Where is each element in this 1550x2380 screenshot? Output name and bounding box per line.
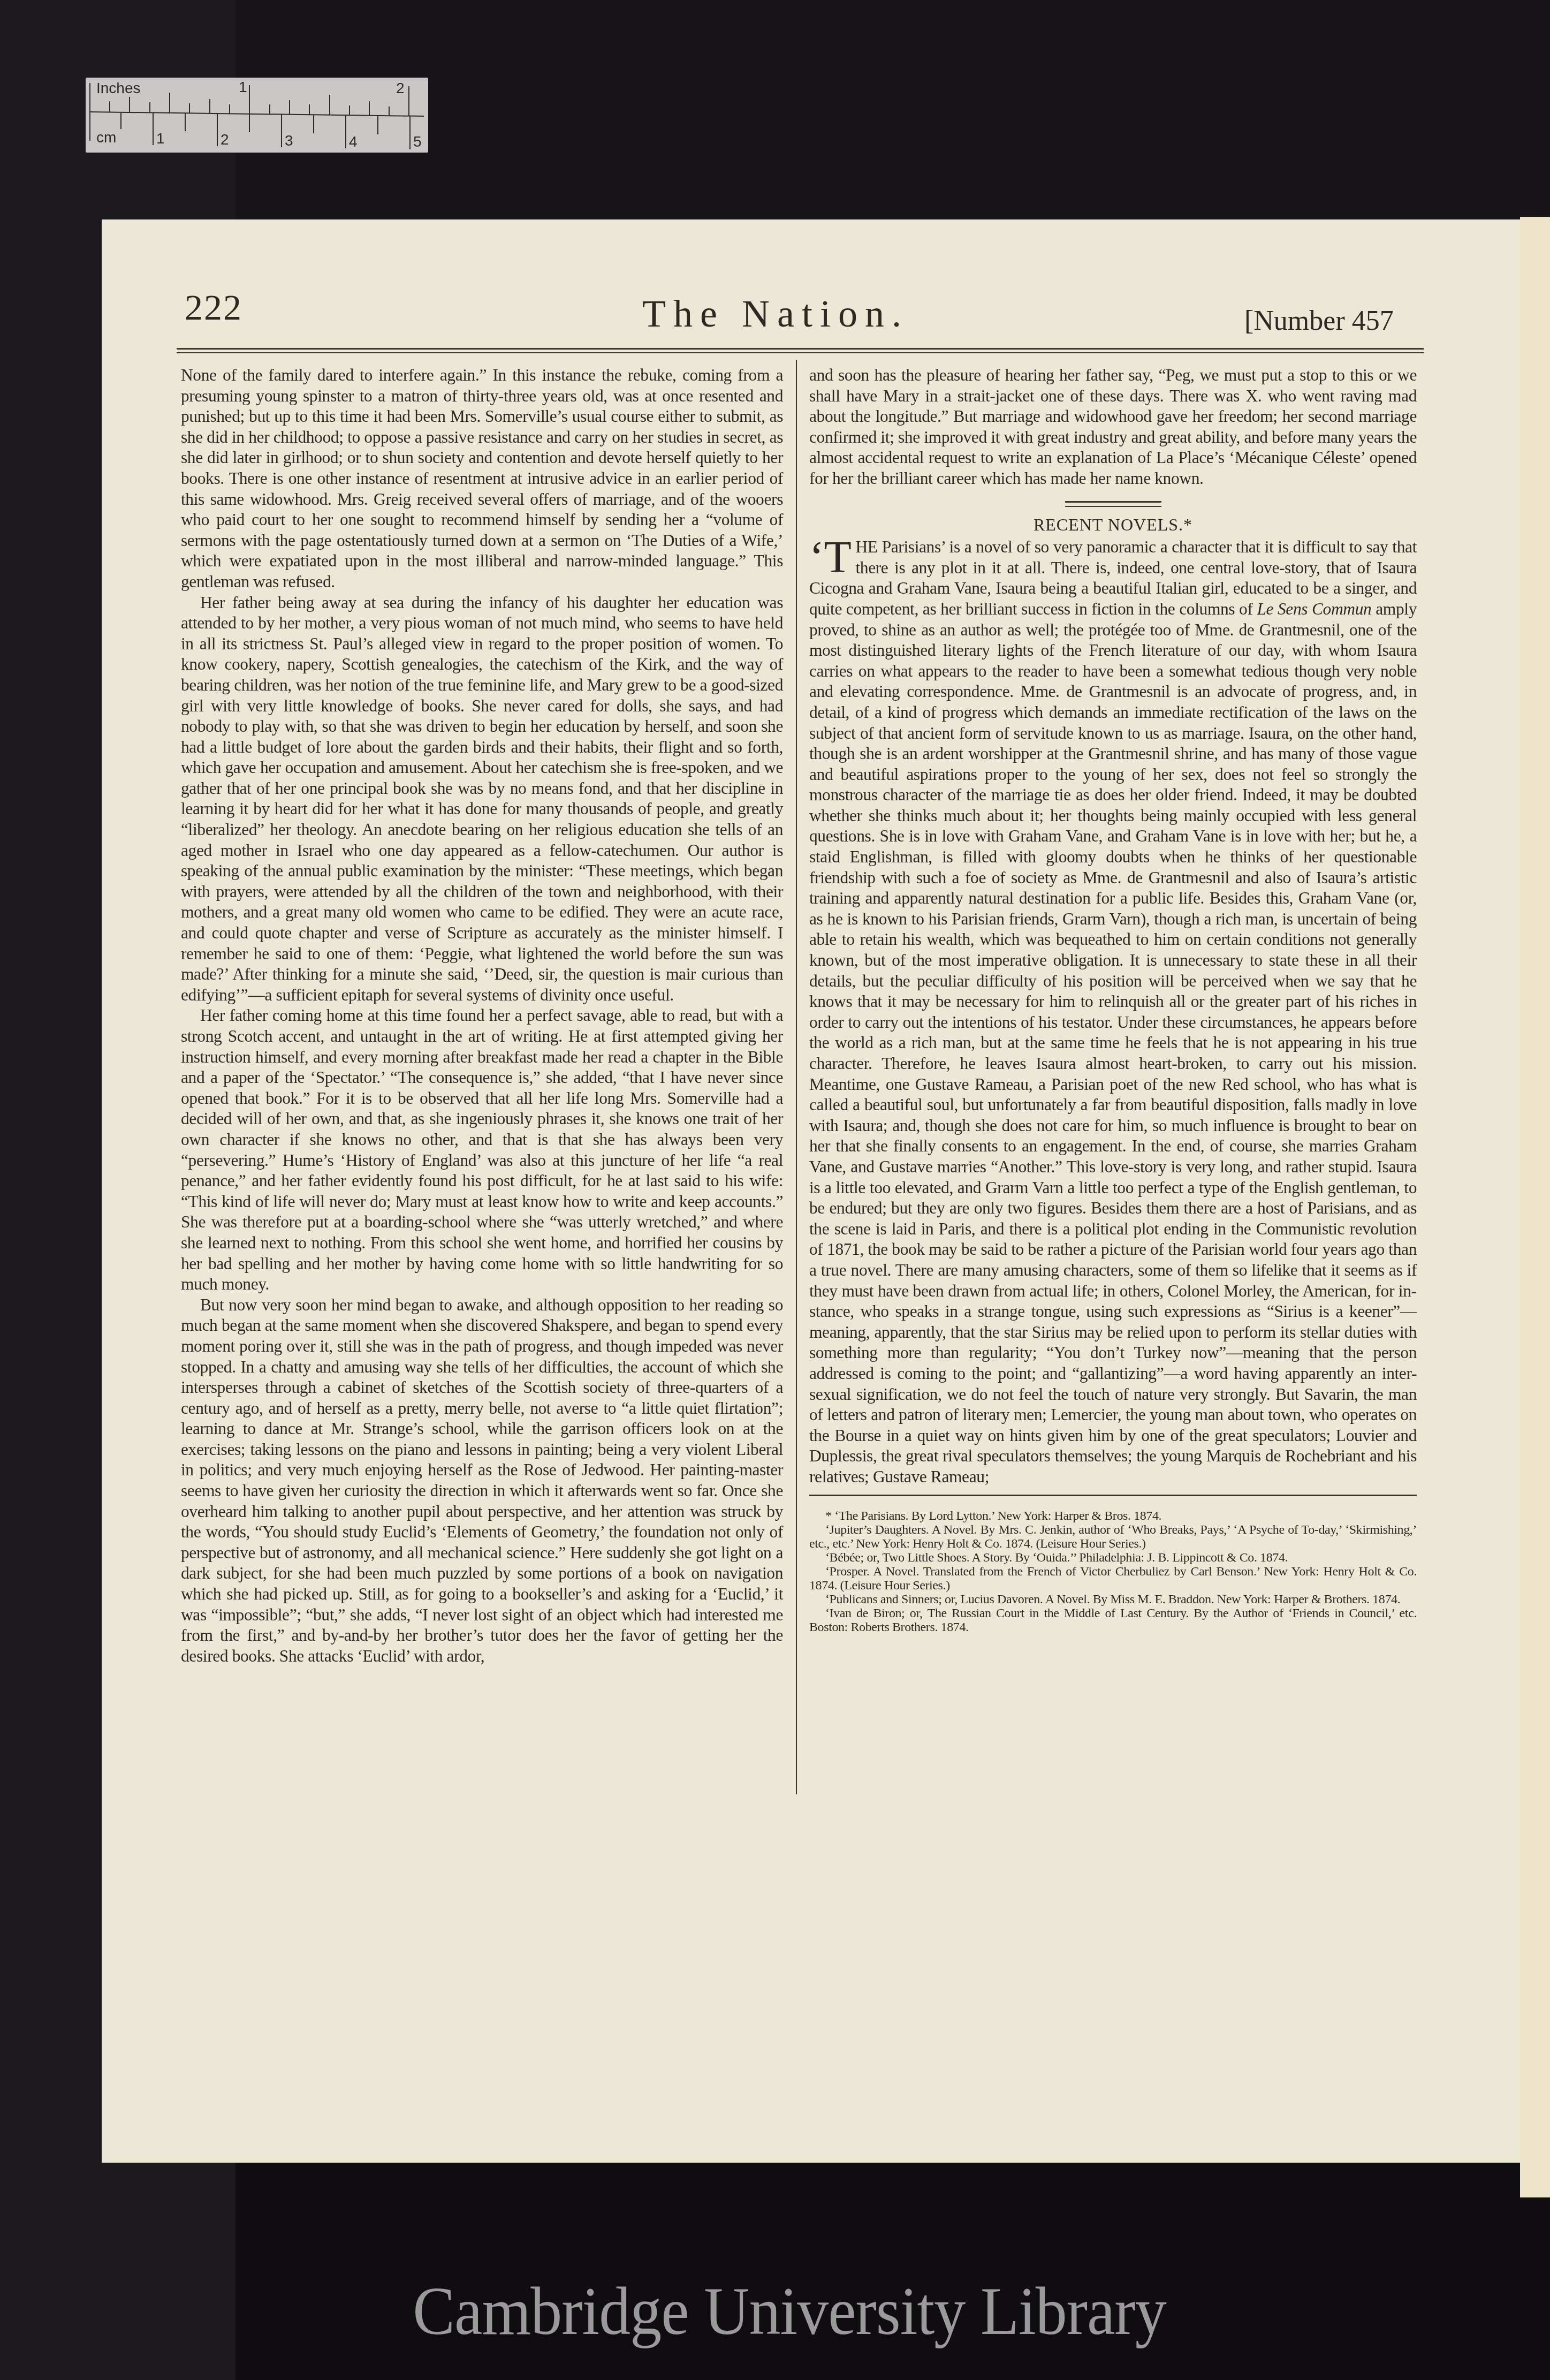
section-heading: RECENT NOVELS.*	[809, 514, 1417, 535]
library-watermark: Cambridge University Library	[321, 2272, 1258, 2351]
column-divider	[796, 360, 797, 1794]
footnote-rule	[809, 1495, 1417, 1496]
review-paragraph: ‘THE Parisians’ is a novel of so very pa…	[809, 537, 1417, 1487]
article-paragraph: Her father coming home at this time foun…	[181, 1005, 783, 1294]
drop-cap: ‘T	[809, 539, 855, 577]
footnote-entry: ‘Jupiter’s Daughters. A Novel. By Mrs. C…	[809, 1523, 1417, 1551]
ruler-cm-label: cm	[96, 129, 116, 146]
header-double-rule	[177, 348, 1424, 353]
measurement-ruler: Inches 1 2 cm 1 2 3 4 5	[86, 78, 428, 153]
ruler-inch-mark: 1	[239, 79, 247, 96]
ruler-cm-mark: 5	[413, 133, 422, 150]
ruler-inch-mark: 2	[396, 80, 405, 97]
right-column: and soon has the pleasure of hearing her…	[809, 365, 1417, 1634]
article-paragraph: None of the family dared to interfere ag…	[181, 365, 783, 593]
left-column: None of the family dared to interfere ag…	[181, 365, 783, 1666]
footnote-entry: ‘Prosper. A Novel. Translated from the F…	[809, 1565, 1417, 1593]
section-double-rule	[1065, 501, 1161, 507]
ruler-cm-mark: 4	[349, 133, 358, 150]
masthead-title: The Nation.	[642, 292, 909, 336]
article-paragraph: Her father being away at sea during the …	[181, 593, 783, 1006]
ruler-cm-mark: 1	[156, 130, 165, 147]
ruler-cm-mark: 3	[285, 132, 293, 149]
adjacent-page-edge	[1520, 217, 1550, 2197]
article-paragraph: But now very soon her mind began to awak…	[181, 1295, 783, 1667]
footnote-entry: ‘Publicans and Sinners; or, Lucius Davor…	[809, 1593, 1417, 1606]
review-text: amply proved, to shine as an author as w…	[809, 600, 1417, 1486]
footnote-entry: ‘Ivan de Biron; or, The Russian Court in…	[809, 1606, 1417, 1634]
issue-number: [Number 457	[1244, 305, 1394, 337]
newspaper-page: 222 The Nation. [Number 457 None of the …	[102, 219, 1520, 2163]
footnote-entry: * ‘The Parisians. By Lord Lytton.’ New Y…	[809, 1509, 1417, 1523]
page-number: 222	[185, 286, 242, 329]
ruler-cm-mark: 2	[221, 131, 229, 148]
footnotes: * ‘The Parisians. By Lord Lytton.’ New Y…	[809, 1509, 1417, 1634]
ruler-inches-label: Inches	[96, 80, 141, 97]
footnote-entry: ‘Bébée; or, Two Little Shoes. A Story. B…	[809, 1551, 1417, 1565]
article-paragraph: and soon has the pleasure of hearing her…	[809, 365, 1417, 489]
publication-title: Le Sens Commun	[1257, 600, 1371, 618]
